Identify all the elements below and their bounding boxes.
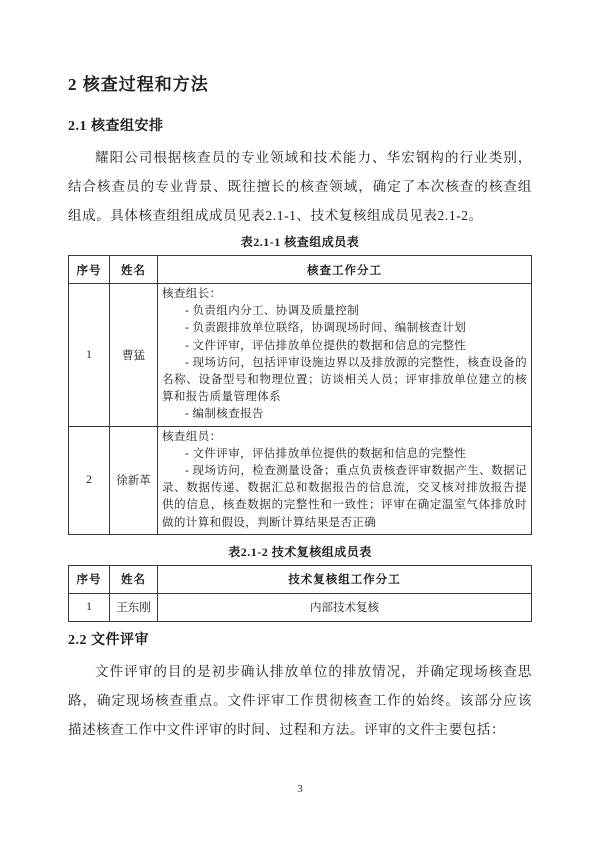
col-header-no: 序号	[69, 565, 110, 593]
member-duty: 内部技术复核	[158, 593, 532, 621]
duty-item: - 负责跟排放单位联络，协调现场时间、编制核查计划	[162, 320, 527, 337]
role-title: 核查组长：	[162, 286, 527, 303]
section-2-1-paragraph: 耀阳公司根据核查员的专业领域和技术能力、华宏钢构的行业类别，结合核查员的专业背景…	[68, 143, 532, 230]
duty-item: - 编制核查报告	[162, 406, 527, 423]
section-2-1-heading: 2.1 核查组安排	[68, 117, 532, 137]
duty-item: - 负责组内分工、协调及质量控制	[162, 303, 527, 320]
member-no: 1	[69, 284, 110, 427]
table-row: 1 王东刚 内部技术复核	[69, 593, 532, 621]
member-duties: 核查组长： - 负责组内分工、协调及质量控制 - 负责跟排放单位联络，协调现场时…	[158, 284, 532, 427]
role-title: 核查组员：	[162, 429, 527, 446]
table-1-caption: 表2.1-1 核查组成员表	[68, 234, 532, 250]
duty-item: - 文件评审，评估排放单位提供的数据和信息的完整性	[162, 446, 527, 463]
col-header-duty: 核查工作分工	[158, 256, 532, 284]
table-header-row: 序号 姓名 技术复核组工作分工	[69, 565, 532, 593]
member-no: 2	[69, 426, 110, 534]
document-page: 2 核查过程和方法 2.1 核查组安排 耀阳公司根据核查员的专业领域和技术能力、…	[0, 0, 600, 848]
table-row: 1 曹猛 核查组长： - 负责组内分工、协调及质量控制 - 负责跟排放单位联络，…	[69, 284, 532, 427]
table-header-row: 序号 姓名 核查工作分工	[69, 256, 532, 284]
table-2-caption: 表2.1-2 技术复核组成员表	[68, 544, 532, 560]
page-number: 3	[0, 783, 600, 795]
member-name: 曹猛	[110, 284, 158, 427]
member-name: 王东刚	[110, 593, 158, 621]
chapter-heading: 2 核查过程和方法	[68, 73, 532, 97]
col-header-name: 姓名	[110, 565, 158, 593]
col-header-no: 序号	[69, 256, 110, 284]
section-2-2-heading: 2.2 文件评审	[68, 631, 532, 651]
verification-team-table: 序号 姓名 核查工作分工 1 曹猛 核查组长： - 负责组内分工、协调及质量控制…	[68, 255, 532, 535]
duty-item: - 现场访问，包括评审设施边界以及排放源的完整性，核查设备的名称、设备型号和物理…	[162, 355, 527, 407]
section-2-2-paragraph: 文件评审的目的是初步确认排放单位的排放情况，并确定现场核查思路，确定现场核查重点…	[68, 657, 532, 744]
member-duties: 核查组员： - 文件评审，评估排放单位提供的数据和信息的完整性 - 现场访问，检…	[158, 426, 532, 534]
duty-item: - 现场访问，检查测量设备；重点负责核查评审数据产生、数据记录、数据传递、数据汇…	[162, 463, 527, 532]
technical-review-table: 序号 姓名 技术复核组工作分工 1 王东刚 内部技术复核	[68, 565, 532, 622]
member-no: 1	[69, 593, 110, 621]
duty-item: - 文件评审，评估排放单位提供的数据和信息的完整性	[162, 338, 527, 355]
table-row: 2 徐新革 核查组员： - 文件评审，评估排放单位提供的数据和信息的完整性 - …	[69, 426, 532, 534]
col-header-name: 姓名	[110, 256, 158, 284]
member-name: 徐新革	[110, 426, 158, 534]
col-header-duty: 技术复核组工作分工	[158, 565, 532, 593]
